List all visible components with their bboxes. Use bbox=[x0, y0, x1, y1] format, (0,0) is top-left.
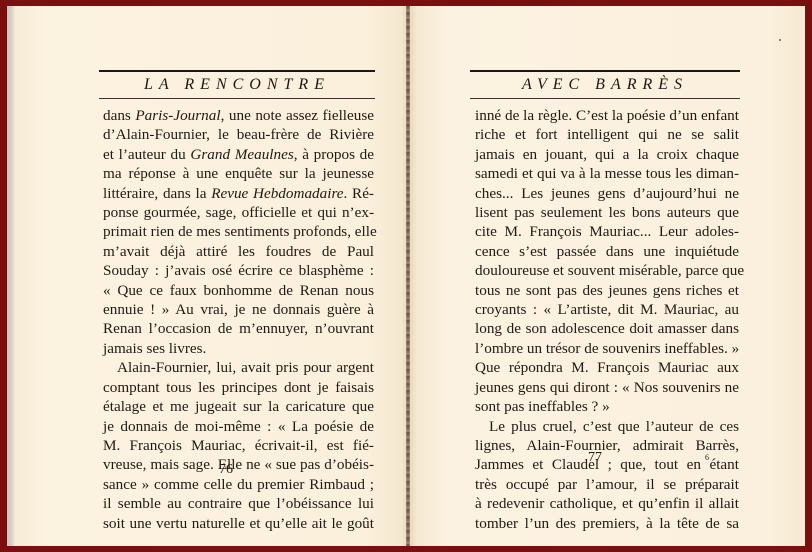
text-line: littéraire, dans la Revue Hebdomadaire. … bbox=[103, 184, 374, 203]
text-line: soit une vertu naturelle et qu’elle ait … bbox=[103, 514, 374, 533]
text-line: à redevenir catholique, et qu’enfin il a… bbox=[475, 494, 739, 513]
text-line: inné de la règle. C’est la poésie d’un e… bbox=[475, 106, 739, 125]
text-line: tous ne sont pas des jeunes gens riches … bbox=[475, 281, 739, 300]
page-number-left: 76 bbox=[219, 462, 233, 478]
text-line: étalage et me jugeait sur la caricature … bbox=[103, 397, 374, 416]
text-line: jamais ses livres. bbox=[103, 339, 374, 358]
text-line: l’ombre un trésor de souvenirs ineffable… bbox=[475, 339, 739, 358]
text-line: long de son adolescence doit amasser dan… bbox=[475, 319, 739, 338]
text-line: ches... Les jeunes gens d’aujourd’hui ne bbox=[475, 184, 739, 203]
text-line: je donnais de moi-même : « La poésie de bbox=[103, 417, 374, 436]
running-head-right: AVEC BARRÈS bbox=[470, 70, 740, 99]
text-line: ennuie ! » Au vrai, je ne donnais guère … bbox=[103, 300, 374, 319]
text-line: ponse gourmée, sage, officielle et qui n… bbox=[103, 203, 374, 222]
text-line: très occupé par l’amour, il se préparait bbox=[475, 475, 739, 494]
text-line: vreuse, mais sage. Elle ne « sue pas d’o… bbox=[103, 455, 374, 474]
text-line: lisent pas seulement les bons auteurs qu… bbox=[475, 203, 739, 222]
right-page-text: inné de la règle. C’est la poésie d’un e… bbox=[475, 106, 739, 533]
text-line: « Que ce faux bonhomme de Renan nous bbox=[103, 281, 374, 300]
text-line: Le plus cruel, c’est que l’auteur de ces bbox=[475, 417, 739, 436]
text-line: jeunes gens qui diront : « Nos souvenirs… bbox=[475, 378, 739, 397]
running-head-left: LA RENCONTRE bbox=[99, 70, 375, 99]
left-page-text: dans Paris-Journal, une note assez fiell… bbox=[103, 106, 374, 533]
text-line: Jammes et Claudel ; que, tout en étant bbox=[475, 455, 739, 474]
text-line: M. François Mauriac, écrivait-il, est fi… bbox=[103, 436, 374, 455]
text-line: jamais en jouant, qui a la croix chaque bbox=[475, 145, 739, 164]
text-line: Alain-Fournier, lui, avait pris pour arg… bbox=[103, 358, 374, 377]
text-line: d’Alain-Fournier, le beau-frère de Riviè… bbox=[103, 125, 374, 144]
text-line: primait rien de mes sentiments profonds,… bbox=[103, 222, 374, 241]
text-line: lignes, Alain-Fournier, admirait Barrès, bbox=[475, 436, 739, 455]
text-line: croyants : « L’artiste, dit M. Mauriac, … bbox=[475, 300, 739, 319]
text-line: cite M. François Mauriac... Leur adoles- bbox=[475, 222, 739, 241]
text-line: riche et fort intelligent qui ne se sali… bbox=[475, 125, 739, 144]
text-line: cence s’est passée dans une inquiétude bbox=[475, 242, 739, 261]
page-number-right: 77 bbox=[588, 450, 602, 466]
text-line: Que répondra M. François Mauriac aux bbox=[475, 358, 739, 377]
text-line: sont pas ineffables ? » bbox=[475, 397, 739, 416]
text-line: ma réponse à une enquête sur la jeunesse bbox=[103, 164, 374, 183]
text-line: dans Paris-Journal, une note assez fiell… bbox=[103, 106, 374, 125]
text-line: Souday : j’avais osé écrire ce blasphème… bbox=[103, 261, 374, 280]
text-line: douloureuse et souvent misérable, parce … bbox=[475, 261, 739, 280]
text-line: et l’auteur du Grand Meaulnes, à propos … bbox=[103, 145, 374, 164]
text-line: sance » comme celle du premier Rimbaud ; bbox=[103, 475, 374, 494]
text-line: Renan l’occasion de m’ennuyer, n’ouvrant bbox=[103, 319, 374, 338]
text-line: samedi et qui va à la messe tous les dim… bbox=[475, 164, 739, 183]
text-line: il semble au contraire que l’obéissance … bbox=[103, 494, 374, 513]
signature-mark: 6 bbox=[705, 453, 709, 462]
text-line: m’avait déjà attiré les foudres de Paul bbox=[103, 242, 374, 261]
text-line: comptant tous les principes dont je fais… bbox=[103, 378, 374, 397]
book-gutter bbox=[406, 6, 410, 546]
paper-speck bbox=[779, 39, 781, 41]
text-line: tomber l’un des premiers, à la tête de s… bbox=[475, 514, 739, 533]
